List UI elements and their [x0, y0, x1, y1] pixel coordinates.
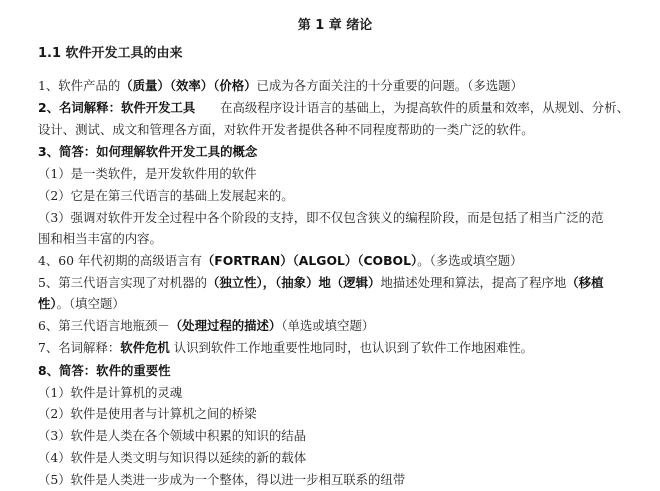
q6-answer: （处理过程的描述） — [170, 318, 282, 333]
section-heading: 1.1 软件开发工具的由来 — [38, 42, 183, 61]
q5-note: 。（填空题） — [57, 296, 125, 311]
question-5: 5、第三代语言实现了对机器的（独立性），（抽象）地（逻辑）地描述处理和算法，提高… — [38, 275, 638, 291]
q3-answer-3: （3）强调对软件开发全过程中各个阶段的支持，即不仅包含狭义的编程阶段，而是包括了… — [38, 210, 638, 226]
q5-text-b: 地描述处理和算法，提高了程序地 — [380, 275, 566, 290]
q1-answer: （质量）（效率）（价格） — [120, 78, 256, 93]
chapter-title: 第 1 章 绪论 — [0, 14, 660, 33]
question-3: 3、简答：如何理解软件开发工具的概念 — [38, 144, 638, 160]
q8-answer-3: （3）软件是人类在各个领域中积累的知识的结晶 — [38, 428, 638, 444]
q6-text: 6、第三代语言地瓶颈－ — [38, 318, 170, 333]
q4-text: 4、60 年代初期的高级语言有 — [38, 253, 202, 268]
q3-answer-3-continuation: 围和相当丰富的内容。 — [38, 231, 638, 247]
q8-answer-1: （1）软件是计算机的灵魂 — [38, 385, 638, 401]
q5-answer-b: （移植 — [566, 275, 603, 290]
q1-note: 已成为各方面关注的十分重要的问题。（多选题） — [257, 78, 523, 93]
q5-text-a: 5、第三代语言实现了对机器的 — [38, 275, 207, 290]
q8-text: 8、简答：软件的重要性 — [38, 363, 171, 378]
q8-answer-4: （4）软件是人类文明与知识得以延续的新的载体 — [38, 450, 638, 466]
q3-text: 3、简答：如何理解软件开发工具的概念 — [38, 144, 257, 159]
q2-term: 2、名词解释：软件开发工具 — [38, 100, 195, 115]
question-2-continuation: 设计、测试、成文和管理各方面，对软件开发者提供各种不同程度帮助的一类广泛的软件。 — [38, 122, 638, 138]
q1-text: 1、软件产品的 — [38, 78, 120, 93]
q7-definition: 认识到软件工作地重要性地同时，也认识到了软件工作地困难性。 — [170, 340, 533, 355]
q3-answer-2: （2）它是在第三代语言的基础上发展起来的。 — [38, 188, 638, 204]
question-1: 1、软件产品的（质量）（效率）（价格）已成为各方面关注的十分重要的问题。（多选题… — [38, 78, 638, 94]
question-4: 4、60 年代初期的高级语言有（FORTRAN）（ALGOL）（COBOL）。（… — [38, 253, 638, 269]
q7-term: 软件危机 — [120, 340, 170, 355]
question-8: 8、简答：软件的重要性 — [38, 363, 638, 379]
q5-answer-a: （独立性），（抽象）地（逻辑） — [207, 275, 380, 290]
document-page: 第 1 章 绪论 1.1 软件开发工具的由来 1、软件产品的（质量）（效率）（价… — [0, 0, 660, 491]
q3-answer-1: （1）是一类软件，是开发软件用的软件 — [38, 166, 638, 182]
q2-definition: 在高级程序设计语言的基础上，为提高软件的质量和效率，从规划、分析、 — [195, 100, 629, 115]
q8-answer-2: （2）软件是使用者与计算机之间的桥梁 — [38, 406, 638, 422]
q6-note: （单选或填空题） — [281, 318, 374, 333]
question-5-continuation: 性）。（填空题） — [38, 296, 638, 312]
question-2: 2、名词解释：软件开发工具 在高级程序设计语言的基础上，为提高软件的质量和效率，… — [38, 100, 638, 116]
q4-answer: （FORTRAN）（ALGOL）（COBOL） — [202, 253, 417, 268]
q5-answer-b-end: 性） — [38, 296, 57, 311]
q7-label: 7、名词解释： — [38, 340, 120, 355]
question-7: 7、名词解释：软件危机 认识到软件工作地重要性地同时，也认识到了软件工作地困难性… — [38, 340, 638, 356]
question-6: 6、第三代语言地瓶颈－（处理过程的描述）（单选或填空题） — [38, 318, 638, 334]
q8-answer-5: （5）软件是人类进一步成为一个整体，得以进一步相互联系的纽带 — [38, 472, 638, 488]
q4-note: 。（多选或填空题） — [417, 253, 522, 268]
